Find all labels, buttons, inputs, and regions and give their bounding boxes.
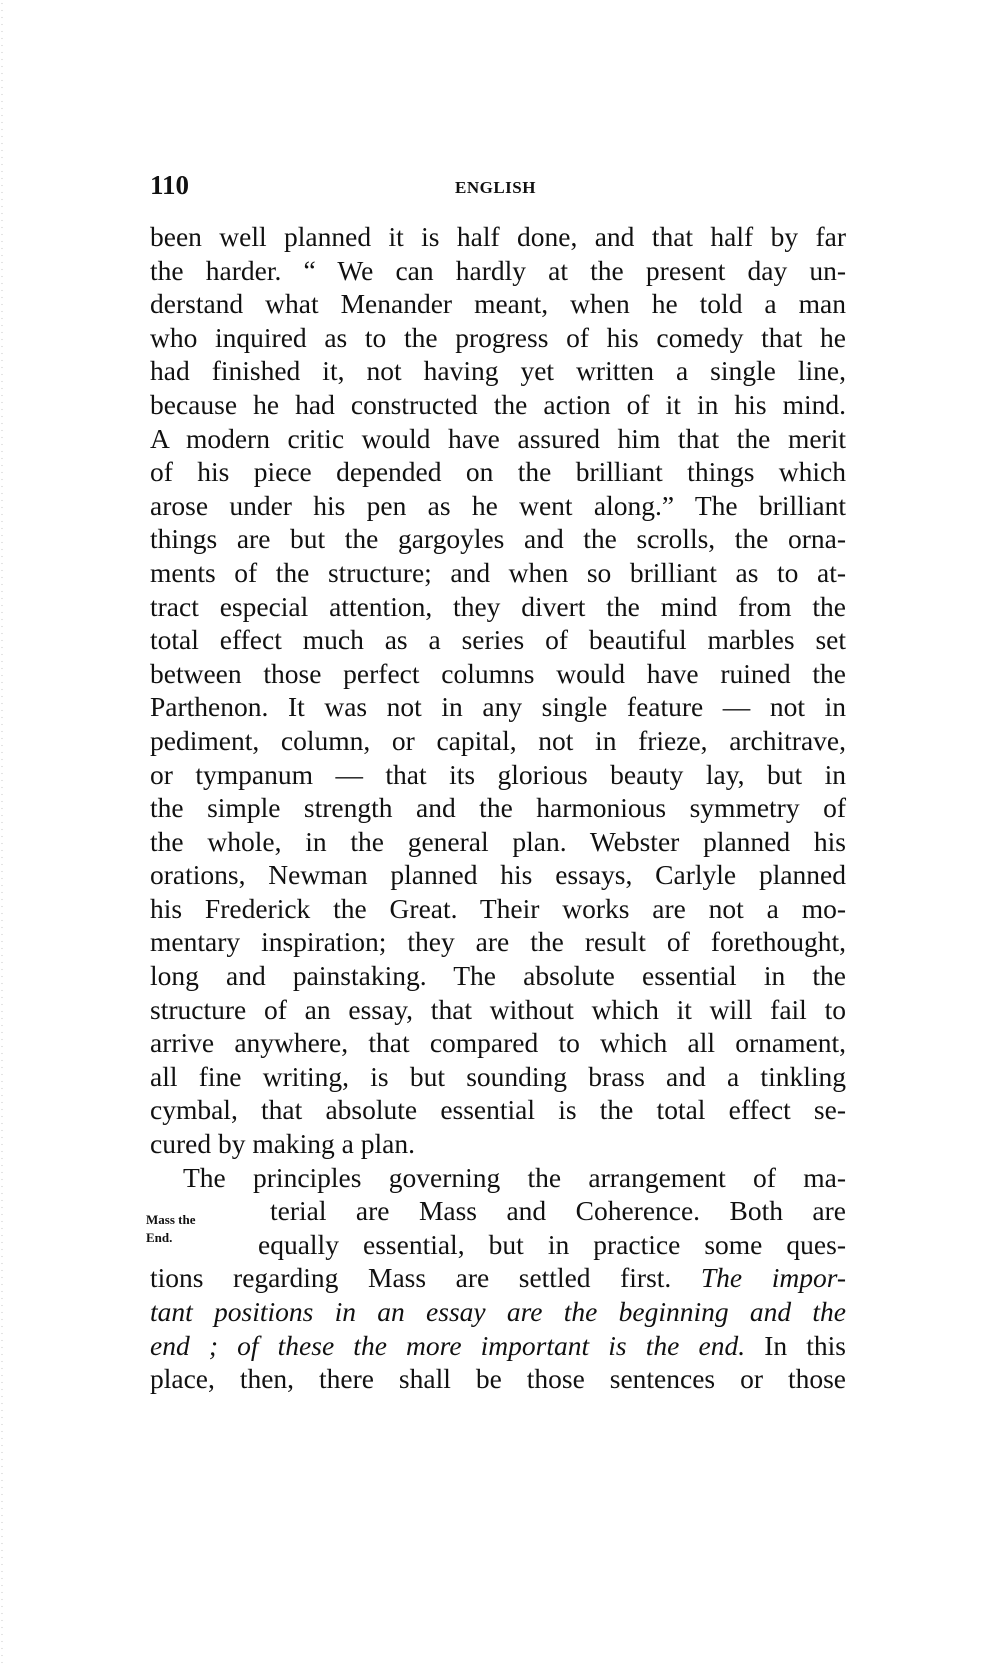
text-line: pediment, column, or capital, not in fri… <box>150 724 846 758</box>
text-line: cymbal, that absolute essential is the t… <box>150 1093 846 1127</box>
text-line: mentary inspiration; they are the result… <box>150 925 846 959</box>
text-line: things are but the gargoyles and the scr… <box>150 522 846 556</box>
text-line: ments of the structure; and when so bril… <box>150 556 846 590</box>
text-line: the harder. “ We can hardly at the prese… <box>150 254 846 288</box>
scan-margin-artifact <box>0 0 4 1667</box>
body-text: been well planned it is half done, and t… <box>150 220 846 1396</box>
text-line: or tympanum — that its glorious beauty l… <box>150 758 846 792</box>
emphasis-text: end ; of these the more important is the… <box>150 1330 745 1361</box>
text-line: all fine writing, is but sounding brass … <box>150 1060 846 1094</box>
text-line: end ; of these the more important is the… <box>150 1329 846 1363</box>
text-line: A modern critic would have assured him t… <box>150 422 846 456</box>
text-line: the simple strength and the harmonious s… <box>150 791 846 825</box>
text-line: cured by making a plan. <box>150 1127 846 1161</box>
text-line: Parthenon. It was not in any single feat… <box>150 690 846 724</box>
page-number: 110 <box>150 170 189 201</box>
text-line: terial are Mass and Coherence. Both are <box>150 1194 846 1228</box>
text-line: been well planned it is half done, and t… <box>150 220 846 254</box>
plain-text: In this <box>764 1330 846 1361</box>
page-header: 110 ENGLISH <box>150 170 850 210</box>
text-line: his Frederick the Great. Their works are… <box>150 892 846 926</box>
text-line: because he had constructed the action of… <box>150 388 846 422</box>
text-line: total effect much as a series of beautif… <box>150 623 846 657</box>
text-line: tions regarding Mass are settled first. … <box>150 1261 846 1295</box>
running-head: ENGLISH <box>455 178 536 198</box>
text-line: equally essential, but in practice some … <box>150 1228 846 1262</box>
text-line: arrive anywhere, that compared to which … <box>150 1026 846 1060</box>
plain-text: tions regarding Mass are settled first. <box>150 1262 671 1293</box>
text-line: who inquired as to the progress of his c… <box>150 321 846 355</box>
emphasis-line: tant positions in an essay are the begin… <box>150 1295 846 1329</box>
text-line: between those perfect columns would have… <box>150 657 846 691</box>
text-line: place, then, there shall be those senten… <box>150 1362 846 1396</box>
paragraph-start-line: The principles governing the arrangement… <box>150 1161 846 1195</box>
text-line: orations, Newman planned his essays, Car… <box>150 858 846 892</box>
text-line: tract especial attention, they divert th… <box>150 590 846 624</box>
text-line: had finished it, not having yet written … <box>150 354 846 388</box>
text-line: the whole, in the general plan. Webster … <box>150 825 846 859</box>
text-line: arose under his pen as he went along.” T… <box>150 489 846 523</box>
emphasis-text: The impor- <box>701 1262 846 1293</box>
text-line: structure of an essay, that without whic… <box>150 993 846 1027</box>
text-line: derstand what Menander meant, when he to… <box>150 287 846 321</box>
text-line: long and painstaking. The absolute essen… <box>150 959 846 993</box>
text-line: of his piece depended on the brilliant t… <box>150 455 846 489</box>
